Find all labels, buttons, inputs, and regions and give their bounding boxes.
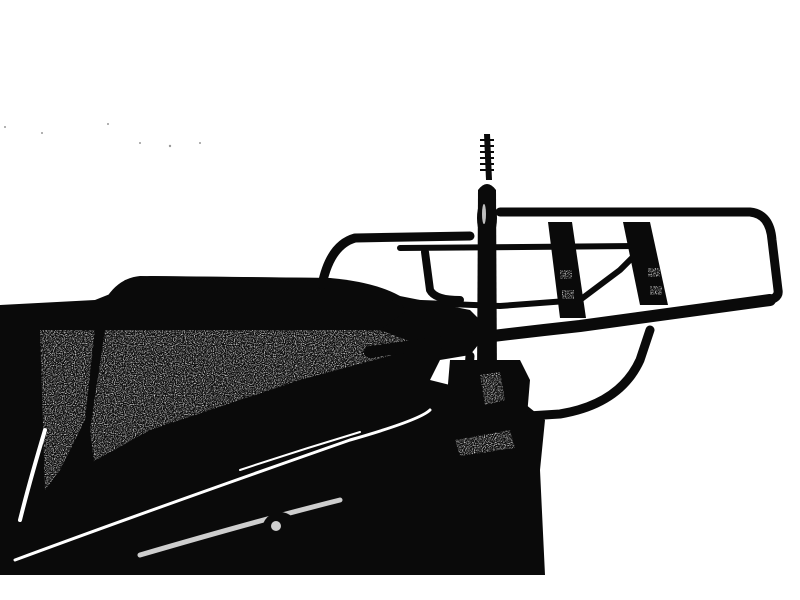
seat — [105, 276, 405, 330]
center-antenna-post — [477, 134, 497, 380]
motorcycle-rack-photo — [0, 0, 800, 600]
rear-fender — [445, 360, 530, 456]
bottom-margin — [0, 575, 800, 600]
